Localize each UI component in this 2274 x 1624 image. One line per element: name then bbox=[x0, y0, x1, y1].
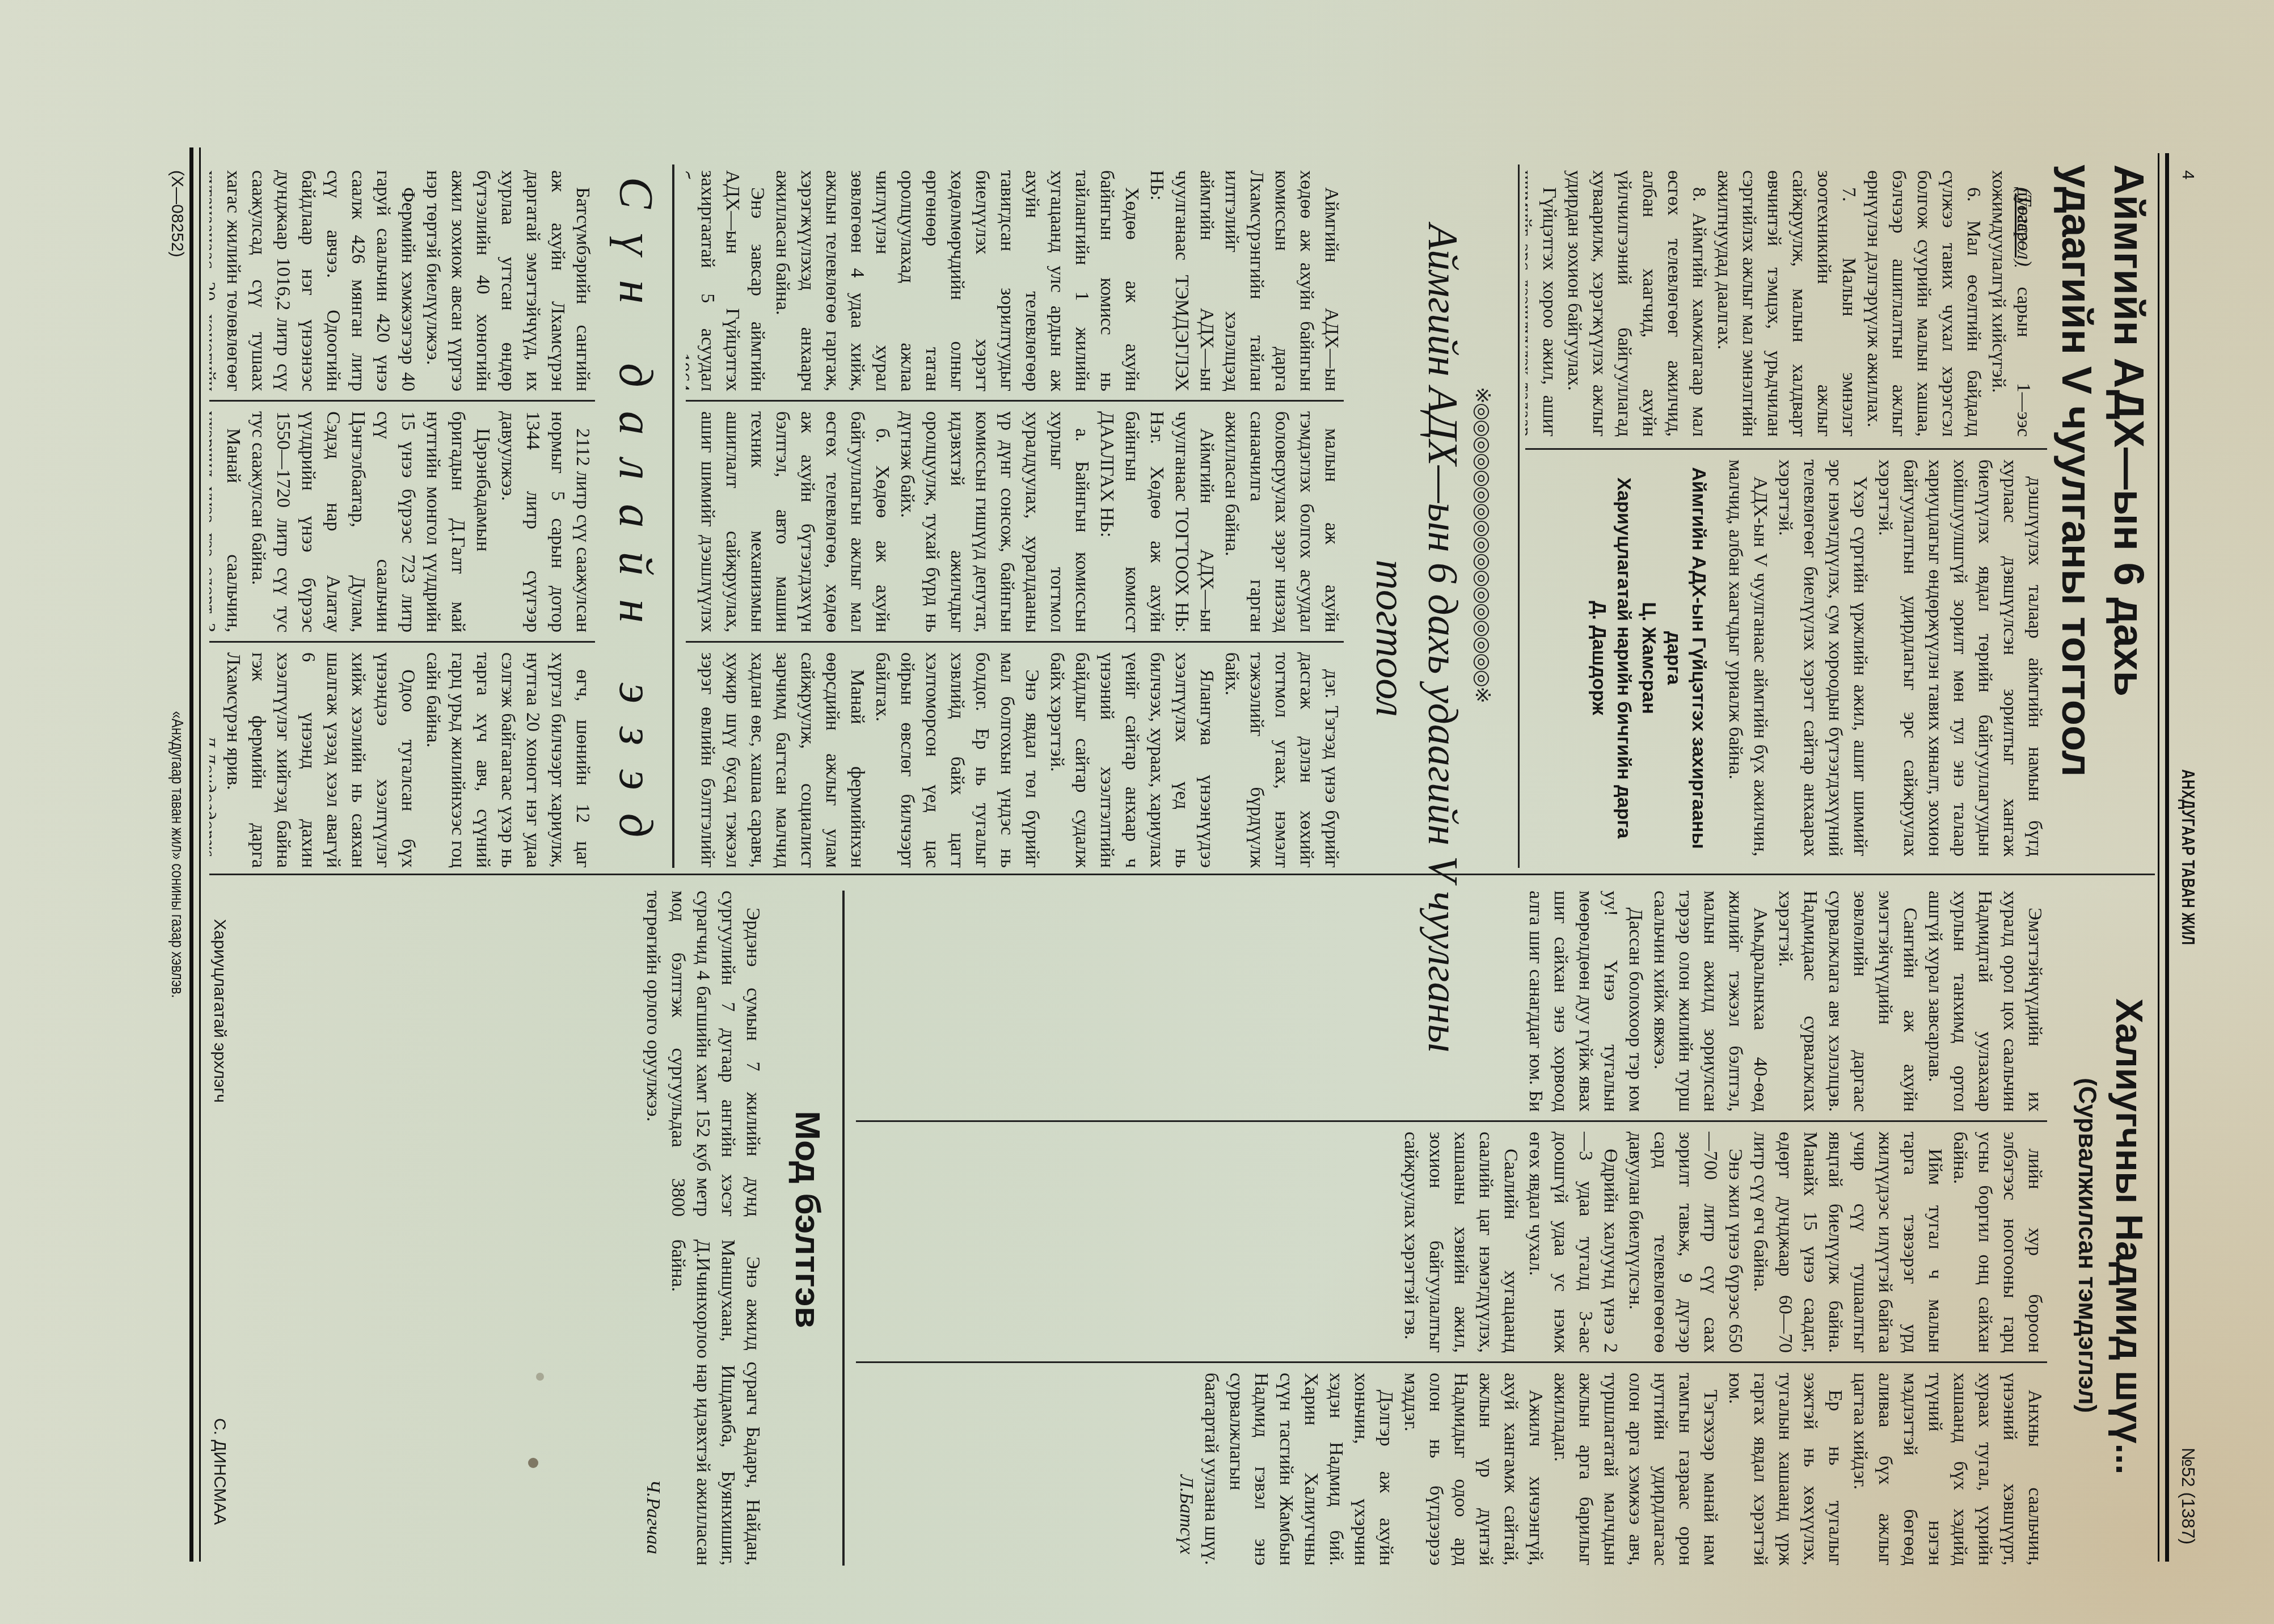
paragraph: Тэгэхээр манай нам тамгын газраас орон н… bbox=[1548, 1373, 1723, 1566]
paragraph: Сангийн аж ахуйн эмэгтэйчүүдийн зөвлөлий… bbox=[1773, 891, 1922, 1112]
printer-line: «Анхдугаар таван жил» сонины газар хэвлэ… bbox=[167, 307, 187, 1402]
milk-col-2: 2112 литр сүү саажулсан нормыг 5 сарын д… bbox=[209, 411, 595, 632]
milk-col-1: Батсүмбэрийн сангийн аж ахуйн Лхамсүрэн … bbox=[209, 170, 595, 391]
column-divider bbox=[209, 641, 595, 643]
paragraph: 6. Мал өсөлтийн байдалд сүлжээ тавих чух… bbox=[1861, 170, 1986, 437]
column-divider bbox=[209, 400, 595, 402]
nadmid-col-1: Эмэгтэйчүүдийн их хуралд орол цох саальч… bbox=[1525, 891, 2047, 1112]
paragraph: а. Байнгын комиссын хурлыг тогтмол хурал… bbox=[895, 411, 1094, 632]
header-rule bbox=[2158, 153, 2169, 1562]
paragraph: Үхэр сүргийн үржлийн ажил, ашиг шимийг э… bbox=[1773, 459, 1872, 857]
paragraph: Гүйцэтгэх хороо ажил, ашиг шимийг эрс дэ… bbox=[1525, 170, 1562, 437]
paragraph: 8. Аймгийн хамжлагаар мал өсгөх телевлөг… bbox=[1562, 170, 1711, 437]
paragraph: Ийм тугал ч малын тарга тэвээрэг урд жил… bbox=[1748, 1132, 1947, 1353]
column-divider bbox=[686, 641, 1344, 643]
resolution-end-col-1: дугаар сарын 1—ээс хожимдуулалгүй хийсүг… bbox=[1525, 170, 2036, 437]
paragraph: дэг. Тэгээд үнээ бүрийг дасгаж дэлэн хөх… bbox=[1219, 652, 1344, 868]
wood-body: Эрдэнэ сумын 7 жилийн дунд сургуулийн 7 … bbox=[221, 891, 765, 1566]
footer: «Анхдугаар таван жил» сонины газар хэвлэ… bbox=[158, 170, 187, 1539]
signature: Ч.Рагчаа bbox=[640, 1239, 665, 1554]
signature-name: Ц. Жамсран bbox=[1636, 459, 1661, 857]
paper-name: АНХДУГААР ТАВАН ЖИЛ bbox=[2178, 342, 2199, 1373]
paragraph: 2112 литр сүү саажулсан нормыг 5 сарын д… bbox=[495, 411, 595, 632]
paragraph: Эмэгтэйчүүдийн их хуралд орол цох саальч… bbox=[1922, 891, 2047, 1112]
paragraph: Эрдэнэ сумын 7 жилийн дунд сургуулийн 7 … bbox=[640, 891, 765, 1217]
paragraph: малын аж ахуйн тэмдэглэх болгох асуудал … bbox=[1219, 411, 1344, 632]
paragraph: Энэ ажилд сурагч Бадарч, Найдан, Маншуха… bbox=[665, 1239, 765, 1566]
paragraph: Дассан болохоор тэр юм уу! Үнээ тугалын … bbox=[1525, 891, 1648, 1112]
paragraph: Саалийн хугацаанд саалийн цаг нэмэгдүүлэ… bbox=[1398, 1132, 1523, 1353]
section-divider bbox=[1518, 164, 1520, 868]
resolution-main-col-1: Аймгийн АДХ—ын хөдөө аж ахуйн байнгын ко… bbox=[686, 170, 1344, 391]
order-code: (Х—08252) bbox=[167, 170, 187, 257]
paragraph: дэшлүүлэх талаар аймгийн намын бүгд хурл… bbox=[1872, 459, 2047, 857]
paragraph: Энэ завсар аймгийн АДХ—ын Гүйцэтгэх захи… bbox=[686, 170, 770, 391]
section-divider bbox=[842, 891, 845, 1566]
signature: Д.Дондогдорж bbox=[209, 652, 221, 857]
paragraph: б. Хөдөө аж ахуйн байгууллагын ажлыг мал… bbox=[686, 411, 895, 632]
paragraph: Ажилч хичээнгүй, ахуй хангамж сайтай, аж… bbox=[1398, 1373, 1548, 1566]
section-divider bbox=[672, 164, 674, 868]
ink-spot bbox=[528, 1458, 538, 1468]
paragraph: Энэ явдал төл бүрийг мал болгохын үндэс … bbox=[870, 652, 1044, 868]
signature-title: Аймгийн АДХ-ын Гүйцэтгэх захиргааны дарг… bbox=[1661, 459, 1711, 857]
footer-rule bbox=[189, 147, 201, 1562]
newspaper-page: 4 АНХДУГААР ТАВАН ЖИЛ №52 (1387) Аймгийн… bbox=[0, 0, 2274, 1624]
paragraph: Дэлгэр аж ахуйн хоньчин, үхэрчин хэдэн Н… bbox=[1199, 1373, 1398, 1566]
section-divider bbox=[209, 874, 2155, 875]
ornament-divider: ※◎◎◎◎◎◎◎◎◎◎◎◎◎◎◎◎◎※ bbox=[1471, 346, 1494, 743]
paragraph: АДХ-ын V чуулганаас аймгийн бүх ажилчин,… bbox=[1723, 459, 1773, 857]
paragraph: Ялангуяа үнээнүүдээ хээлтүүлэх үед нь би… bbox=[1044, 652, 1219, 868]
nadmid-col-2: лийн хур бороон элбэгээс ноогооны гарц у… bbox=[856, 1132, 2047, 1353]
editor-name: С. ДИНСМАА bbox=[210, 1418, 229, 1525]
paragraph: Батсүмбэрийн сангийн аж ахуйн Лхамсүрэн … bbox=[420, 170, 595, 391]
column-divider bbox=[856, 1361, 2047, 1363]
paragraph: Энэ жил үнээ бүрээс 650—700 литр сүү саа… bbox=[1623, 1132, 1748, 1353]
column-divider bbox=[1525, 448, 2047, 450]
paragraph: 7. Малын эмнэлэг зоотехникийн ажлыг сайж… bbox=[1711, 170, 1861, 437]
paragraph: лийн хур бороон элбэгээс ноогооны гарц у… bbox=[1947, 1132, 2047, 1353]
paragraph: Ер нь тугалыг ээжтэй нь хөхүүлэх, тугалы… bbox=[1723, 1373, 1847, 1566]
nadmid-col-3: Анхны саальчин, үнээний хэвшүүрт, хураах… bbox=[856, 1373, 2047, 1566]
paragraph: Манай саальчин, үхэрчид үнээ гээ өдөрт 3… bbox=[209, 411, 246, 632]
paragraph: Фермийн хэмжээгээр 40 гаруй саальчин 420… bbox=[209, 170, 420, 391]
paragraph: Анхны саальчин, үнээний хэвшүүрт, хураах… bbox=[1847, 1373, 2047, 1566]
signature-name: Д. Дашдорж bbox=[1587, 459, 1611, 857]
resolution-main-col-2: малын аж ахуйн тэмдэглэх болгох асуудал … bbox=[686, 411, 1344, 632]
masthead: 4 АНХДУГААР ТАВАН ЖИЛ №52 (1387) bbox=[2169, 170, 2203, 1545]
paragraph: Аймгийн АДХ—ын чуулганаас ТОГТООХ НЬ: Нэ… bbox=[1094, 411, 1219, 632]
resolution-main-col-3: дэг. Тэгээд үнээ бүрийг дасгаж дэлэн хөх… bbox=[686, 652, 1344, 868]
headline-text: Аймгийн АДХ—ын 6 дахь удаагийн V чуулган… bbox=[2053, 164, 2153, 777]
signature-title: Хариуцлагатай нарийн бичгийн дарга bbox=[1611, 459, 1636, 857]
column-divider bbox=[856, 1120, 2047, 1122]
milk-col-3: өгч, шөнийн 12 цаг хүртэл билчээрт хариу… bbox=[209, 652, 595, 868]
headline-resolution-main: Аймгийн АДХ—ын 6 дахь удаагийн V чуулган… bbox=[1364, 170, 1469, 1106]
paragraph: Амьдралынхаа 40-өөд жилийг тэжээл бэлтгэ… bbox=[1648, 891, 1773, 1112]
ink-spot bbox=[536, 1373, 544, 1381]
page-number: 4 bbox=[2178, 170, 2197, 180]
headline-milk: Сүн далайн эзэд bbox=[608, 170, 663, 868]
resolution-end-col-2: дэшлүүлэх талаар аймгийн намын бүгд хурл… bbox=[1525, 459, 2047, 857]
signature: Л.Батсүх bbox=[1174, 1373, 1199, 1554]
paragraph: Өдрийн халуунд үнээ 2—3 удаа тугалд 3-аа… bbox=[1523, 1132, 1623, 1353]
headline-nadmid: Халиугчны Надмид шүү... bbox=[2107, 998, 2152, 1566]
paragraph: Цэрэнбадамын бригадын Д.Галт май нутгийн… bbox=[246, 411, 495, 632]
column-divider bbox=[686, 400, 1344, 402]
signature-block: Аймгийн АДХ-ын Гүйцэтгэх захиргааны дарг… bbox=[1587, 459, 1711, 857]
issue-number: №52 (1387) bbox=[2178, 1448, 2199, 1545]
editor-label: Хариуцлагатай эрхлэгч bbox=[210, 919, 229, 1103]
paragraph: Хөдөө аж ахуйн байнгын комисс нь тайланг… bbox=[770, 170, 1144, 391]
paragraph: дугаар сарын 1—ээс хожимдуулалгүй хийсүг… bbox=[1986, 170, 2036, 437]
paragraph: өгч, шөнийн 12 цаг хүртэл билчээрт хариу… bbox=[420, 652, 595, 868]
paragraph: Манай фермийнхэн өөрсдийн ажлыг улам сай… bbox=[686, 652, 870, 868]
headline-wood: Мод бэлтгэв bbox=[787, 908, 828, 1532]
subheadline-nadmid: (Сурвалжилсан тэмдэглэл) bbox=[2073, 1078, 2101, 1532]
paragraph: Одоо тугалсан бүх үнээндээ хээлтүүлэг хи… bbox=[221, 652, 420, 868]
paragraph: Аймгийн АДХ—ын хөдөө аж ахуйн байнгын ко… bbox=[1144, 170, 1344, 391]
